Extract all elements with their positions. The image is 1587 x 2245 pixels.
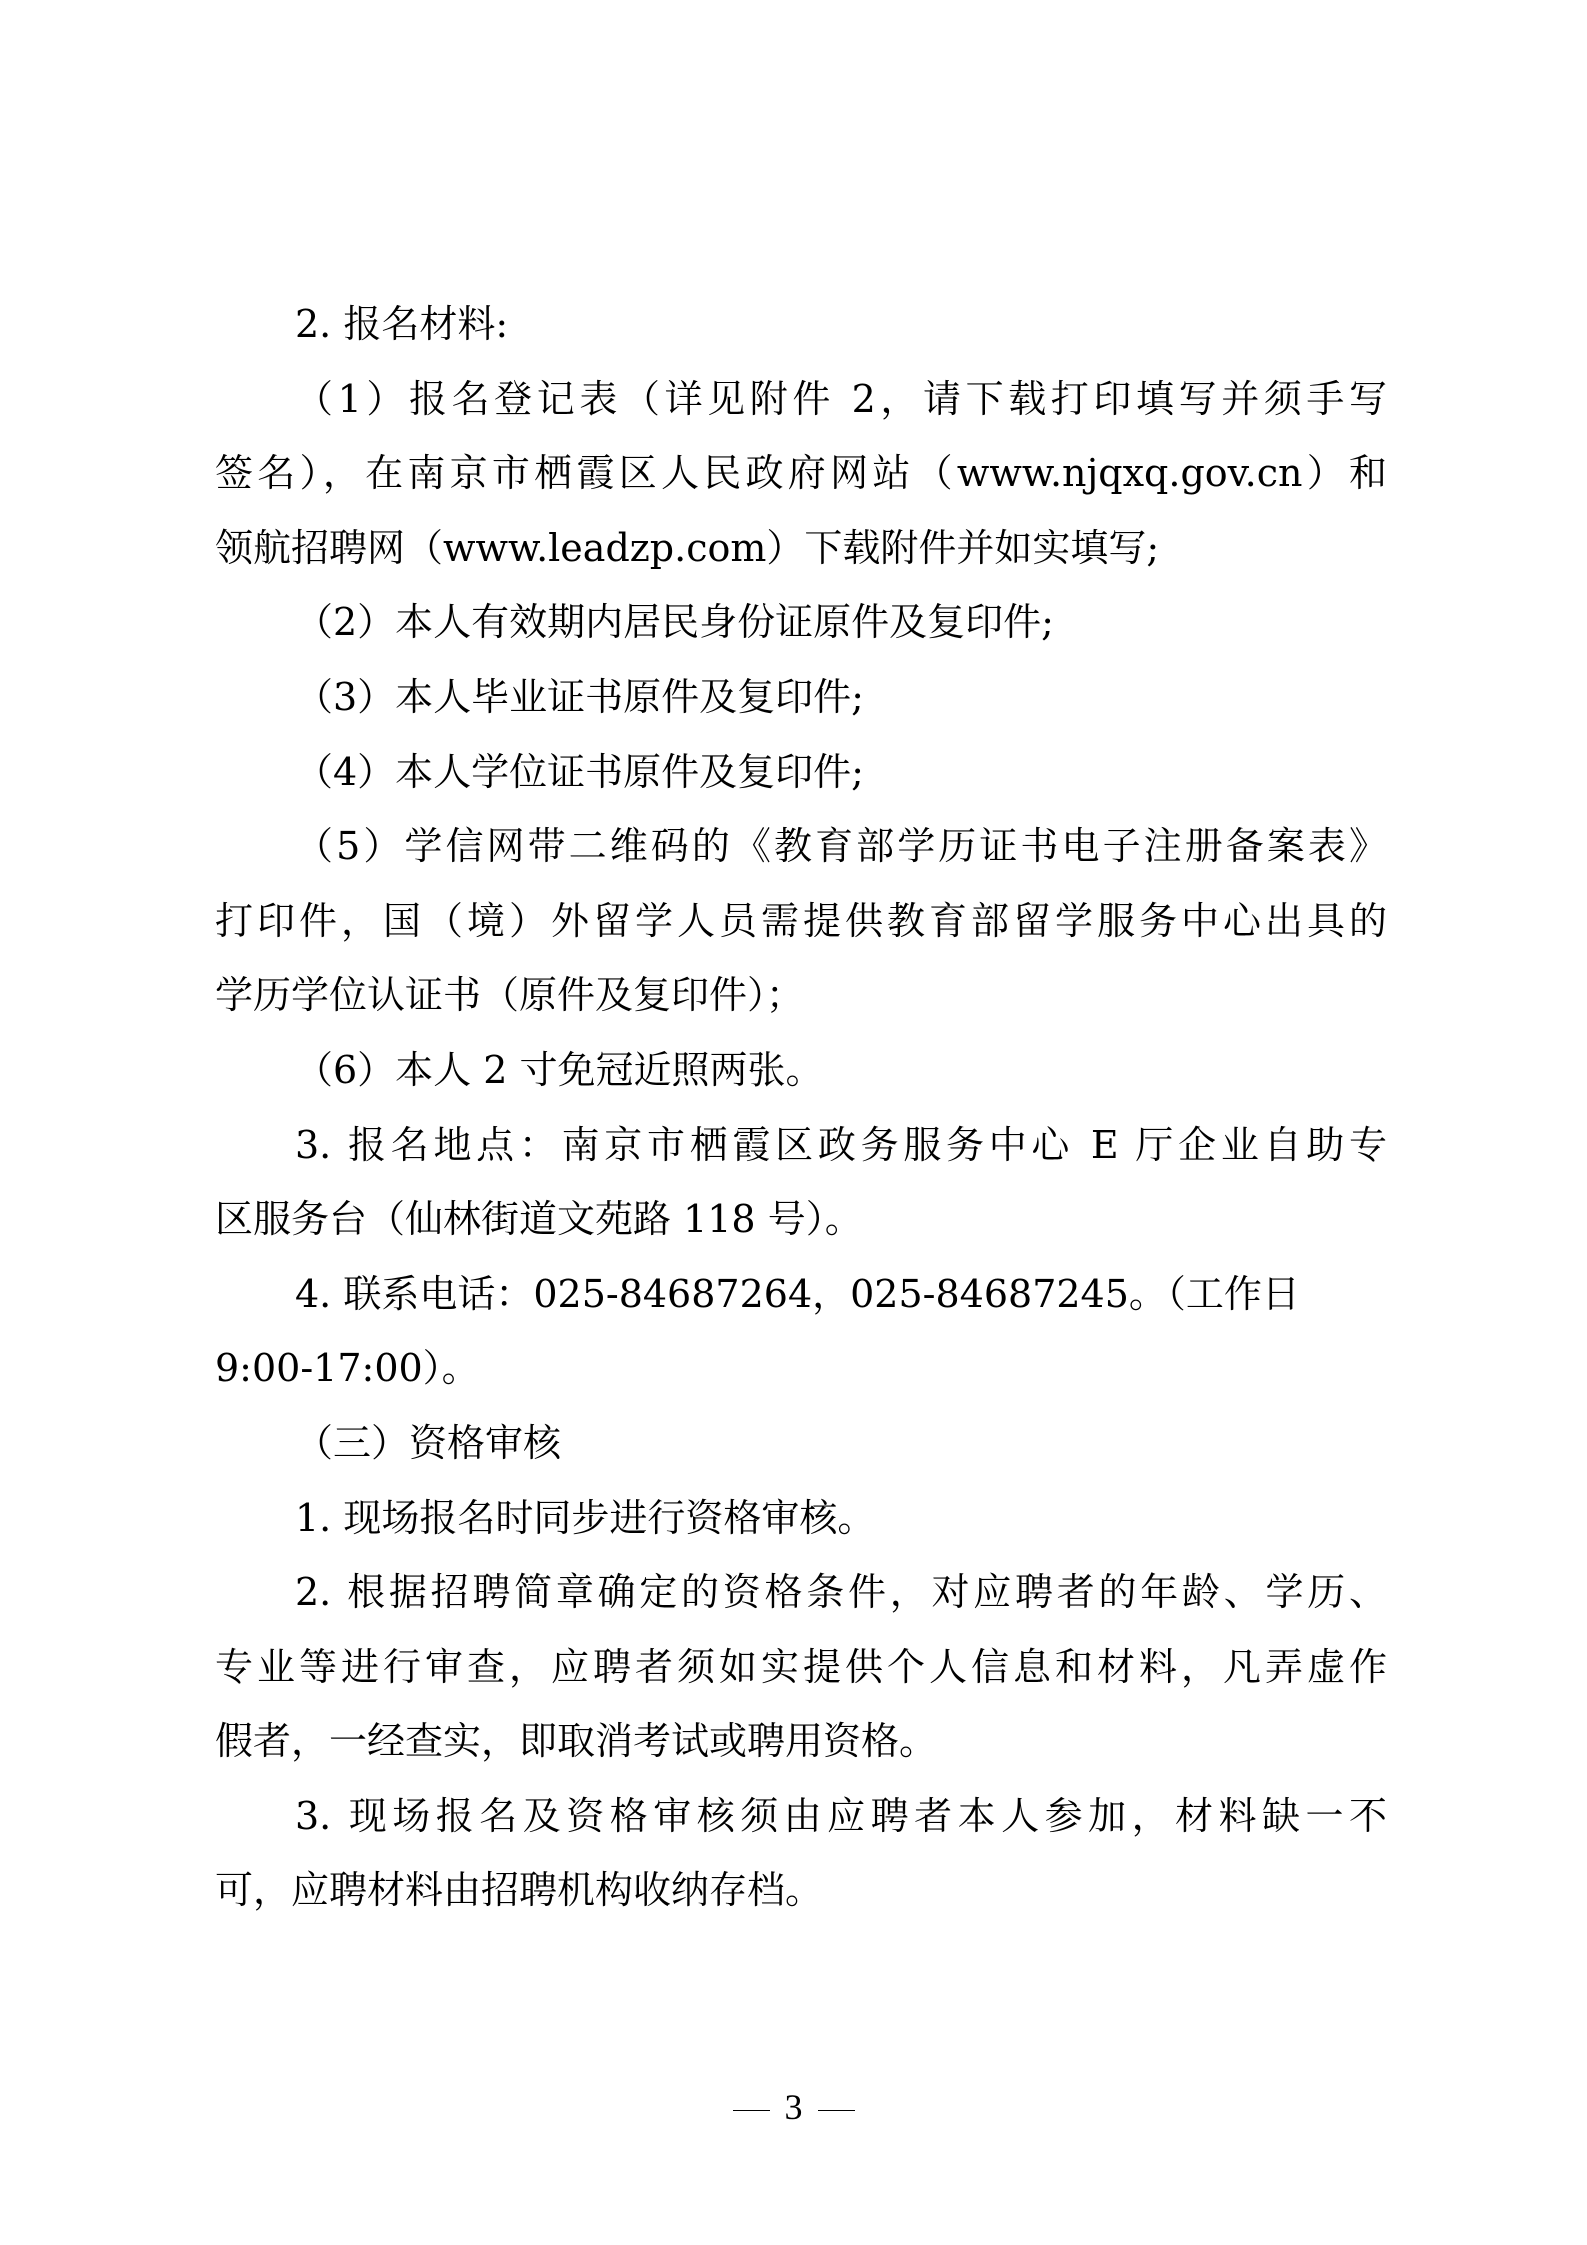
paragraph-line: 签名），在南京市栖霞区人民政府网站（www.njqxq.gov.cn）和 [215, 436, 1387, 511]
left-dash-decoration [733, 2110, 770, 2111]
paragraph-line-contact: 4. 联系电话：025-84687264，025-84687245。（工作日 [215, 1257, 1387, 1332]
paragraph-line: （6）本人 2 寸免冠近照两张。 [215, 1033, 1387, 1108]
paragraph-line-location: 3. 报名地点：南京市栖霞区政务服务中心 E 厅企业自助专 [215, 1108, 1387, 1183]
paragraph-line: （1）报名登记表（详见附件 2，请下载打印填写并须手写 [215, 362, 1387, 437]
page-number: 3 [785, 2087, 803, 2127]
paragraph-line: 2. 根据招聘简章确定的资格条件，对应聘者的年龄、学历、 [215, 1555, 1387, 1630]
heading-registration-materials: 2. 报名材料: [215, 287, 1387, 362]
paragraph-line: 假者，一经查实，即取消考试或聘用资格。 [215, 1704, 1387, 1779]
page-number-footer: 3 [0, 2082, 1587, 2132]
paragraph-line: 专业等进行审查，应聘者须如实提供个人信息和材料，凡弄虚作 [215, 1630, 1387, 1705]
document-body: 2. 报名材料: （1）报名登记表（详见附件 2，请下载打印填写并须手写 签名）… [215, 287, 1387, 1928]
paragraph-line: 领航招聘网（www.leadzp.com）下载附件并如实填写; [215, 511, 1387, 586]
paragraph-line: 学历学位认证书（原件及复印件）； [215, 958, 1387, 1033]
right-dash-decoration [818, 2110, 855, 2111]
paragraph-line: 可，应聘材料由招聘机构收纳存档。 [215, 1853, 1387, 1928]
heading-qualification-review: （三）资格审核 [215, 1406, 1387, 1481]
paragraph-line: 3. 现场报名及资格审核须由应聘者本人参加，材料缺一不 [215, 1779, 1387, 1854]
paragraph-line: （4）本人学位证书原件及复印件; [215, 735, 1387, 810]
paragraph-line: （2）本人有效期内居民身份证原件及复印件; [215, 585, 1387, 660]
paragraph-line: （3）本人毕业证书原件及复印件; [215, 660, 1387, 735]
document-page: 2. 报名材料: （1）报名登记表（详见附件 2，请下载打印填写并须手写 签名）… [0, 0, 1587, 2245]
paragraph-line-location: 区服务台（仙林街道文苑路 118 号）。 [215, 1182, 1387, 1257]
paragraph-line: （5）学信网带二维码的《教育部学历证书电子注册备案表》 [215, 809, 1387, 884]
paragraph-line: 打印件，国（境）外留学人员需提供教育部留学服务中心出具的 [215, 884, 1387, 959]
paragraph-line-contact: 9:00-17:00）。 [215, 1331, 1387, 1406]
paragraph-line: 1. 现场报名时同步进行资格审核。 [215, 1481, 1387, 1556]
